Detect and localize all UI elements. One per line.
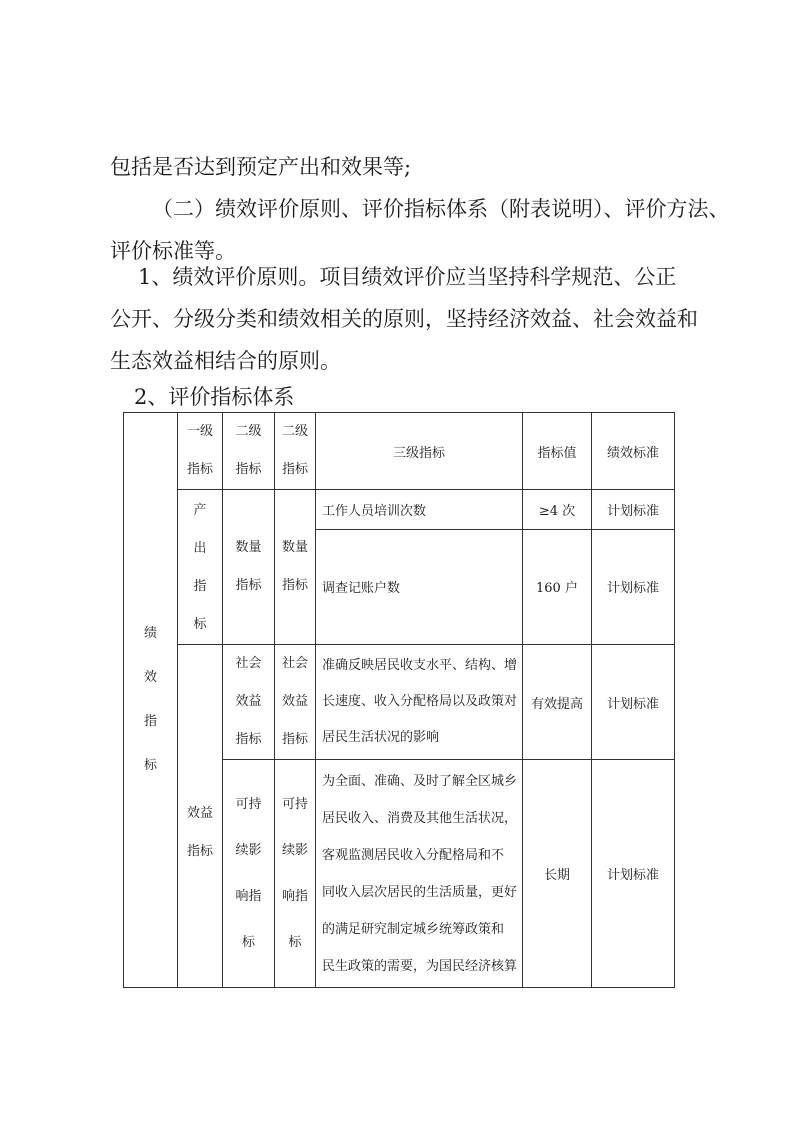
cell-text: 标 [235, 920, 261, 966]
principle-paragraph: 1、绩效评价原则。项目绩效评价应当坚持科学规范、公正 公开、分级分类和绩效相关的… [110, 256, 690, 382]
header-level2b: 二级指标 [275, 413, 316, 490]
level3-cell: 为全面、准确、及时了解全区城乡 居民收入、消费及其他生活状况， 客观监测居民收入… [316, 760, 523, 988]
cell-text: 指标 [235, 721, 261, 759]
cell-text: 指标 [282, 567, 308, 605]
cell-text: 出 [193, 530, 206, 568]
social-level2b-cell: 社会效益指标 [275, 645, 316, 760]
cell-text: 效益 [282, 683, 308, 721]
cell-text: 产 [193, 492, 206, 530]
intro-paragraph: 包括是否达到预定产出和效果等; （二）绩效评价原则、评价指标体系（附表说明）、评… [110, 146, 690, 272]
level3-cell: 调查记账户数 [316, 529, 523, 645]
cell-text: 续影 [235, 828, 261, 874]
output-level1-cell: 产 出 指 标 [178, 490, 223, 645]
cell-text: 同收入层次居民的生活质量，更好 [322, 874, 522, 911]
level3-cell: 工作人员培训次数 [316, 490, 523, 530]
text-line: （二）绩效评价原则、评价指标体系（附表说明）、评价方法、 [110, 188, 690, 230]
cell-text: 客观监测居民收入分配格局和不 [322, 837, 522, 874]
header-text: 指标 [282, 451, 308, 489]
output-level2a-cell: 数量指标 [223, 490, 275, 645]
cell-text: 续影 [282, 828, 308, 874]
text-line: 公开、分级分类和绩效相关的原则，坚持经济效益、社会效益和 [110, 298, 690, 340]
cell-text: 标 [282, 920, 308, 966]
header-text: 指标 [235, 451, 261, 489]
side-label-cell: 绩 效 指 标 [124, 413, 178, 988]
standard-cell: 计划标准 [592, 490, 675, 530]
header-standard: 绩效标准 [592, 413, 675, 490]
table-row: 效益指标 社会效益指标 社会效益指标 准确反映居民收支水平、结构、增 长速度、收… [124, 645, 675, 760]
side-label-char: 效 [144, 656, 157, 700]
header-text: 一级 [187, 413, 213, 451]
cell-text: 居民生活状况的影响 [322, 720, 522, 756]
text-line: 1、绩效评价原则。项目绩效评价应当坚持科学规范、公正 [110, 256, 690, 298]
header-text: 指标 [187, 451, 213, 489]
value-cell: 有效提高 [523, 645, 592, 760]
cell-text: 社会 [282, 645, 308, 683]
side-label-char: 标 [144, 744, 157, 788]
standard-cell: 计划标准 [592, 760, 675, 988]
output-level2b-cell: 数量指标 [275, 490, 316, 645]
side-label-char: 指 [144, 700, 157, 744]
cell-text: 响指 [282, 874, 308, 920]
cell-text: 准确反映居民收支水平、结构、增 [322, 648, 522, 684]
cell-text: 指标 [187, 833, 213, 871]
cell-text: 指标 [235, 567, 261, 605]
header-row: 绩 效 指 标 一级指标 二级指标 二级指标 三级指标 指标值 绩效标准 [124, 413, 675, 490]
cell-text: 民生政策的需要，为国民经济核算 [322, 948, 522, 985]
value-cell: 长期 [523, 760, 592, 988]
cell-text: 社会 [235, 645, 261, 683]
header-level1: 一级指标 [178, 413, 223, 490]
cell-text: 长速度、收入分配格局以及政策对 [322, 684, 522, 720]
cell-text: 可持 [235, 782, 261, 828]
value-cell: 160 户 [523, 529, 592, 645]
benefit-level1-cell: 效益指标 [178, 645, 223, 988]
text-line: 包括是否达到预定产出和效果等; [110, 146, 690, 188]
cell-text: 指 [193, 568, 206, 606]
cell-text: 响指 [235, 874, 261, 920]
header-level3: 三级指标 [316, 413, 523, 490]
header-value: 指标值 [523, 413, 592, 490]
cell-text: 居民收入、消费及其他生活状况， [322, 800, 522, 837]
indicator-table: 绩 效 指 标 一级指标 二级指标 二级指标 三级指标 指标值 绩效标准 产 出… [123, 412, 675, 988]
cell-text: 标 [193, 606, 206, 644]
standard-cell: 计划标准 [592, 529, 675, 645]
cell-text: 可持 [282, 782, 308, 828]
header-text: 二级 [235, 413, 261, 451]
cell-text: 数量 [235, 529, 261, 567]
header-level2a: 二级指标 [223, 413, 275, 490]
cell-text: 指标 [282, 721, 308, 759]
table-row: 产 出 指 标 数量指标 数量指标 工作人员培训次数 ≥4 次 计划标准 [124, 490, 675, 530]
cell-text: 效益 [235, 683, 261, 721]
sustain-level2b-cell: 可持续影响指标 [275, 760, 316, 988]
header-text: 二级 [282, 413, 308, 451]
level3-cell: 准确反映居民收支水平、结构、增 长速度、收入分配格局以及政策对 居民生活状况的影… [316, 645, 523, 760]
side-label-char: 绩 [144, 612, 157, 656]
cell-text: 效益 [187, 795, 213, 833]
sustain-level2a-cell: 可持续影响指标 [223, 760, 275, 988]
social-level2a-cell: 社会效益指标 [223, 645, 275, 760]
standard-cell: 计划标准 [592, 645, 675, 760]
cell-text: 为全面、准确、及时了解全区城乡 [322, 763, 522, 800]
cell-text: 的满足研究制定城乡统筹政策和 [322, 911, 522, 948]
cell-text: 数量 [282, 529, 308, 567]
value-cell: ≥4 次 [523, 490, 592, 530]
